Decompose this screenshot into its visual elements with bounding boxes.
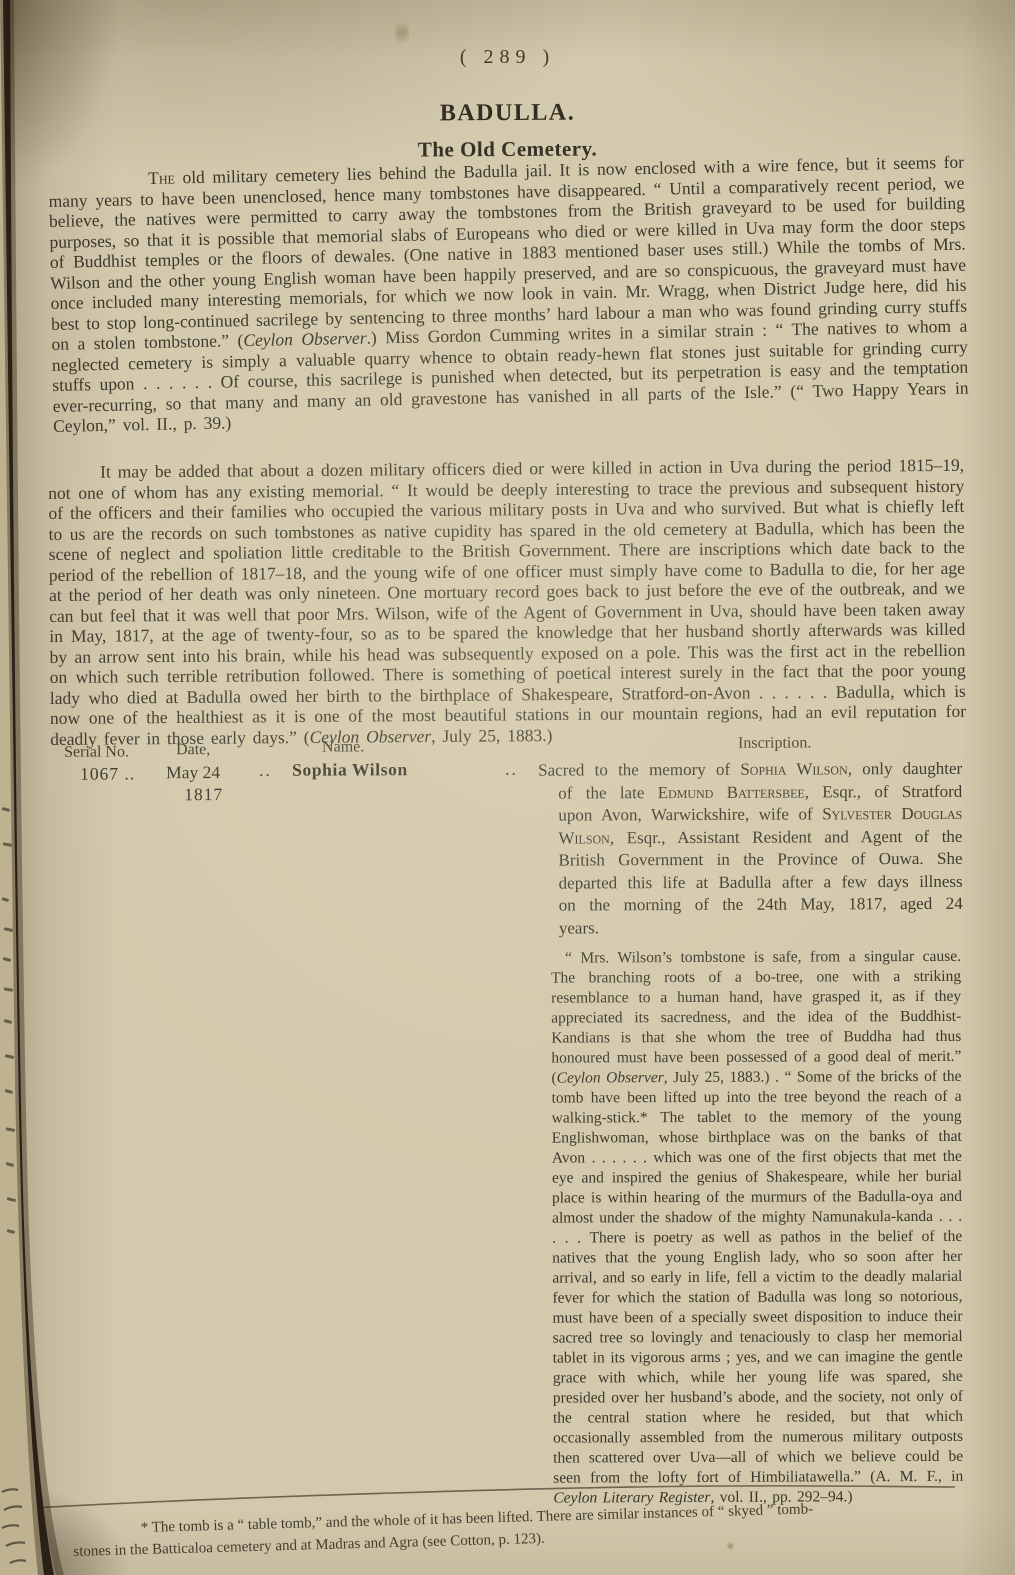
body-paragraph-1: The old military cemetery lies behind th… [48, 152, 969, 437]
cell-date-year: 1817 [184, 784, 223, 805]
column-header-inscription: Inscription. [738, 734, 811, 752]
column-header-serial: Serial No. [64, 743, 129, 761]
page-number: ( 289 ) [0, 46, 1015, 69]
cell-date-month-day: May 24 [166, 762, 220, 783]
scanned-book-page: ( 289 ) BADULLA. The Old Cemetery. The o… [0, 0, 1015, 1575]
body-paragraph-2: It may be added that about a dozen milit… [48, 455, 966, 749]
cell-inscription: Sacred to the memory of Sophia Wilson, o… [538, 758, 965, 1509]
record-table: Serial No. Date, Name. Inscription. 1067… [0, 734, 1015, 1488]
column-header-date: Date, [176, 741, 210, 759]
cell-name: Sophia Wilson [292, 759, 408, 781]
column-header-name: Name. [322, 738, 364, 756]
cell-serial-number: 1067 .. [80, 763, 135, 784]
facing-page-corner-scraps [2, 1489, 26, 1563]
paper-stain [726, 1542, 735, 1550]
section-title: BADULLA. [0, 97, 1015, 129]
paper-stain [395, 18, 409, 48]
inscription-text: Sacred to the memory of Sophia Wilson, o… [538, 758, 963, 940]
leader-dots: .. [259, 760, 272, 781]
leader-dots: .. [505, 759, 518, 780]
inscription-commentary: “ Mrs. Wilson’s tombstone is safe, from … [551, 947, 963, 1509]
